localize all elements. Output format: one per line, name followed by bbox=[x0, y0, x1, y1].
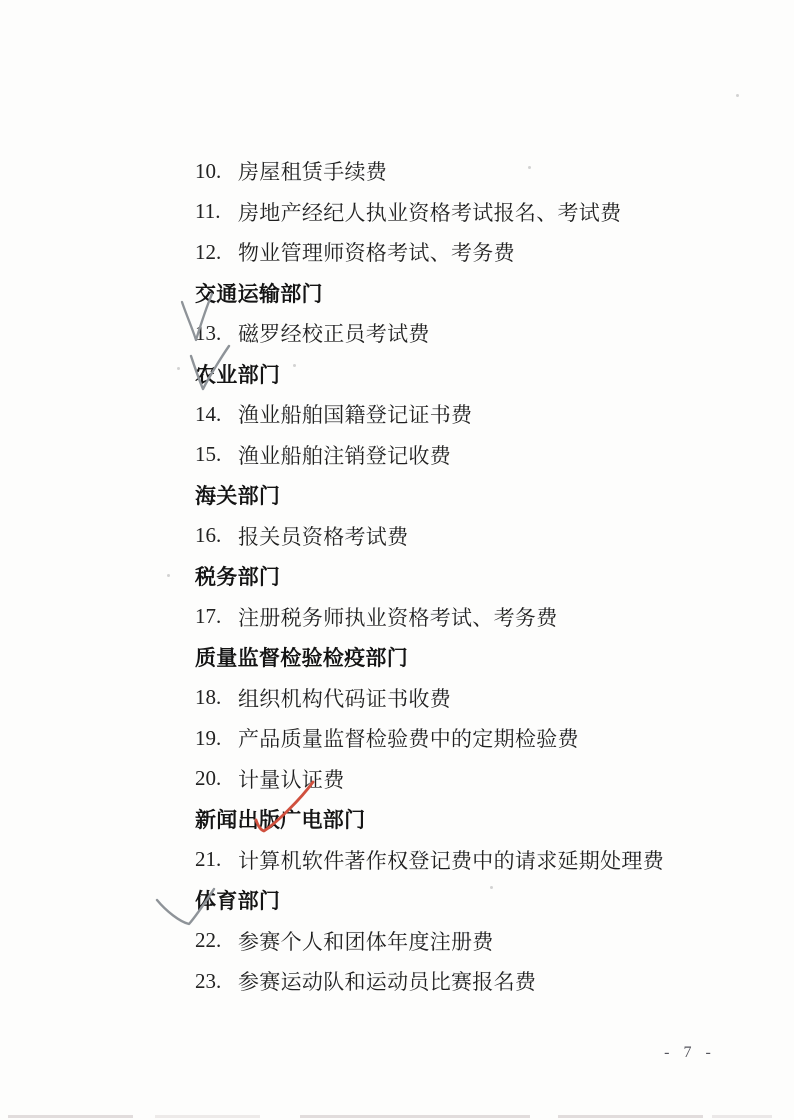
fee-item: 17. 注册税务师执业资格考试、考务费 bbox=[195, 597, 754, 638]
document-body: 10. 房屋租赁手续费 11. 房地产经纪人执业资格考试报名、考试费 12. 物… bbox=[195, 151, 754, 1002]
fee-item: 19. 产品质量监督检验费中的定期检验费 bbox=[195, 718, 754, 759]
scan-speck bbox=[490, 886, 493, 889]
item-number: 10. bbox=[195, 159, 238, 184]
fee-item: 14. 渔业船舶国籍登记证书费 bbox=[195, 394, 754, 435]
scanned-document-page: 10. 房屋租赁手续费 11. 房地产经纪人执业资格考试报名、考试费 12. 物… bbox=[0, 0, 794, 1120]
item-number: 20. bbox=[195, 766, 238, 791]
section-header-text: 体育部门 bbox=[195, 885, 280, 915]
item-text: 注册税务师执业资格考试、考务费 bbox=[238, 602, 558, 632]
scan-edge-artifact bbox=[155, 1115, 260, 1118]
item-number: 22. bbox=[195, 928, 238, 953]
scan-speck bbox=[293, 364, 296, 367]
item-text: 计量认证费 bbox=[238, 764, 345, 794]
section-header: 体育部门 bbox=[195, 880, 754, 921]
item-text: 产品质量监督检验费中的定期检验费 bbox=[238, 723, 579, 753]
item-text: 参赛运动队和运动员比赛报名费 bbox=[238, 966, 536, 996]
fee-item: 15. 渔业船舶注销登记收费 bbox=[195, 435, 754, 476]
fee-item: 12. 物业管理师资格考试、考务费 bbox=[195, 232, 754, 273]
fee-item: 23. 参赛运动队和运动员比赛报名费 bbox=[195, 961, 754, 1002]
scan-speck bbox=[167, 574, 170, 577]
item-number: 23. bbox=[195, 969, 238, 994]
item-text: 组织机构代码证书收费 bbox=[238, 683, 451, 713]
scan-speck bbox=[736, 94, 739, 97]
fee-item: 22. 参赛个人和团体年度注册费 bbox=[195, 921, 754, 962]
item-number: 12. bbox=[195, 240, 238, 265]
item-text: 物业管理师资格考试、考务费 bbox=[238, 237, 515, 267]
scan-speck bbox=[528, 166, 531, 169]
item-number: 21. bbox=[195, 847, 238, 872]
section-header: 税务部门 bbox=[195, 556, 754, 597]
section-header-text: 质量监督检验检疫部门 bbox=[195, 642, 408, 672]
fee-item: 20. 计量认证费 bbox=[195, 759, 754, 800]
fee-item: 21. 计算机软件著作权登记费中的请求延期处理费 bbox=[195, 840, 754, 881]
item-text: 磁罗经校正员考试费 bbox=[238, 318, 430, 348]
item-text: 房屋租赁手续费 bbox=[238, 156, 387, 186]
fee-item: 16. 报关员资格考试费 bbox=[195, 516, 754, 557]
item-number: 14. bbox=[195, 402, 238, 427]
scan-speck bbox=[177, 367, 180, 370]
section-header: 交通运输部门 bbox=[195, 273, 754, 314]
section-header: 农业部门 bbox=[195, 354, 754, 395]
item-text: 渔业船舶注销登记收费 bbox=[238, 440, 451, 470]
page-number: - 7 - bbox=[648, 1044, 732, 1062]
scan-edge-artifact bbox=[300, 1115, 530, 1118]
item-number: 13. bbox=[195, 321, 238, 346]
item-number: 18. bbox=[195, 685, 238, 710]
section-header-text: 海关部门 bbox=[195, 480, 280, 510]
fee-item: 11. 房地产经纪人执业资格考试报名、考试费 bbox=[195, 192, 754, 233]
fee-item: 18. 组织机构代码证书收费 bbox=[195, 678, 754, 719]
item-number: 15. bbox=[195, 442, 238, 467]
section-header-text: 新闻出版广电部门 bbox=[195, 804, 365, 834]
section-header: 质量监督检验检疫部门 bbox=[195, 637, 754, 678]
item-text: 房地产经纪人执业资格考试报名、考试费 bbox=[238, 197, 621, 227]
fee-item: 10. 房屋租赁手续费 bbox=[195, 151, 754, 192]
item-number: 17. bbox=[195, 604, 238, 629]
item-number: 16. bbox=[195, 523, 238, 548]
item-text: 渔业船舶国籍登记证书费 bbox=[238, 399, 472, 429]
fee-item: 13. 磁罗经校正员考试费 bbox=[195, 313, 754, 354]
item-number: 19. bbox=[195, 726, 238, 751]
section-header: 新闻出版广电部门 bbox=[195, 799, 754, 840]
scan-edge-artifact bbox=[8, 1115, 133, 1118]
item-text: 计算机软件著作权登记费中的请求延期处理费 bbox=[238, 845, 664, 875]
section-header-text: 税务部门 bbox=[195, 561, 280, 591]
scan-edge-artifact bbox=[558, 1115, 703, 1118]
item-text: 参赛个人和团体年度注册费 bbox=[238, 926, 494, 956]
section-header-text: 交通运输部门 bbox=[195, 278, 323, 308]
section-header: 海关部门 bbox=[195, 475, 754, 516]
item-number: 11. bbox=[195, 199, 238, 224]
section-header-text: 农业部门 bbox=[195, 359, 280, 389]
item-text: 报关员资格考试费 bbox=[238, 521, 408, 551]
scan-edge-artifact bbox=[712, 1115, 772, 1118]
